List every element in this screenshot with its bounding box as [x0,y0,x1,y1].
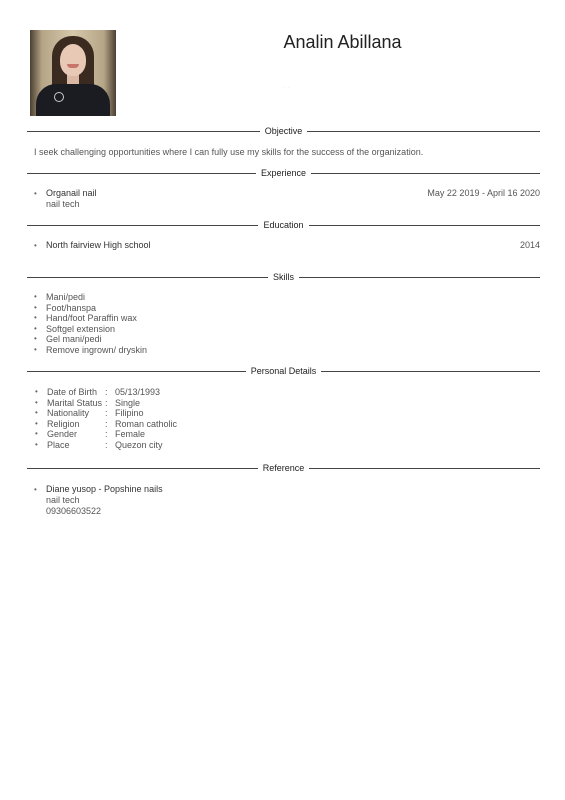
candidate-name: Analin Abillana [120,32,565,53]
section-title: Education [258,220,308,230]
section-header-skills: Skills [27,270,540,284]
skill-item: Gel mani/pedi [34,334,147,345]
detail-label: Date of Birth [47,387,105,398]
detail-label: Marital Status [47,398,105,409]
detail-label: Place [47,440,105,451]
skill-item: Mani/pedi [34,292,147,303]
detail-value: Filipino [115,408,144,418]
shirt-logo-icon [54,92,64,102]
detail-label: Gender [47,429,105,440]
detail-value: Female [115,429,145,439]
skills-list: Mani/pedi Foot/hanspa Hand/foot Paraffin… [34,292,147,356]
experience-company: Organail nail [46,188,97,199]
section-title: Skills [268,272,299,282]
divider-line [27,371,246,372]
photo-shirt [36,84,110,116]
detail-separator: : [105,398,115,409]
divider-line [27,131,260,132]
section-title: Reference [258,463,310,473]
profile-photo [30,30,116,116]
faint-mark: · · [284,85,290,91]
reference-name: Diane yusop - Popshine nails [46,484,163,495]
section-title: Experience [256,168,311,178]
personal-detail-item: Date of Birth:05/13/1993 [35,387,177,398]
education-year: 2014 [520,240,540,250]
detail-separator: : [105,440,115,451]
divider-line [27,277,268,278]
section-header-personal-details: Personal Details [27,364,540,378]
detail-separator: : [105,419,115,430]
photo-face [60,44,86,76]
section-header-education: Education [27,218,540,232]
detail-separator: : [105,429,115,440]
section-header-objective: Objective [27,124,540,138]
detail-separator: : [105,408,115,419]
divider-line [299,277,540,278]
reference-role: nail tech [46,495,80,506]
detail-label: Nationality [47,408,105,419]
detail-value: Roman catholic [115,419,177,429]
personal-detail-item: Religion:Roman catholic [35,419,177,430]
divider-line [27,173,256,174]
detail-separator: : [105,387,115,398]
reference-phone: 09306603522 [46,506,101,517]
personal-detail-item: Place:Quezon city [35,440,177,451]
section-title: Personal Details [246,366,322,376]
detail-value: Single [115,398,140,408]
section-header-reference: Reference [27,461,540,475]
skill-item: Remove ingrown/ dryskin [34,345,147,356]
personal-detail-item: Nationality:Filipino [35,408,177,419]
divider-line [321,371,540,372]
detail-value: Quezon city [115,440,163,450]
personal-detail-item: Gender:Female [35,429,177,440]
detail-value: 05/13/1993 [115,387,160,397]
experience-dates: May 22 2019 - April 16 2020 [427,188,540,198]
detail-label: Religion [47,419,105,430]
skill-item: Softgel extension [34,324,147,335]
divider-line [309,225,540,226]
divider-line [309,468,540,469]
objective-text: I seek challenging opportunities where I… [34,147,423,158]
divider-line [307,131,540,132]
education-school: North fairview High school [46,240,151,251]
divider-line [311,173,540,174]
divider-line [27,468,258,469]
section-header-experience: Experience [27,166,540,180]
skill-item: Foot/hanspa [34,303,147,314]
experience-role: nail tech [46,199,80,210]
personal-detail-item: Marital Status:Single [35,398,177,409]
divider-line [27,225,258,226]
section-title: Objective [260,126,308,136]
skill-item: Hand/foot Paraffin wax [34,313,147,324]
personal-details-list: Date of Birth:05/13/1993 Marital Status:… [35,387,177,451]
